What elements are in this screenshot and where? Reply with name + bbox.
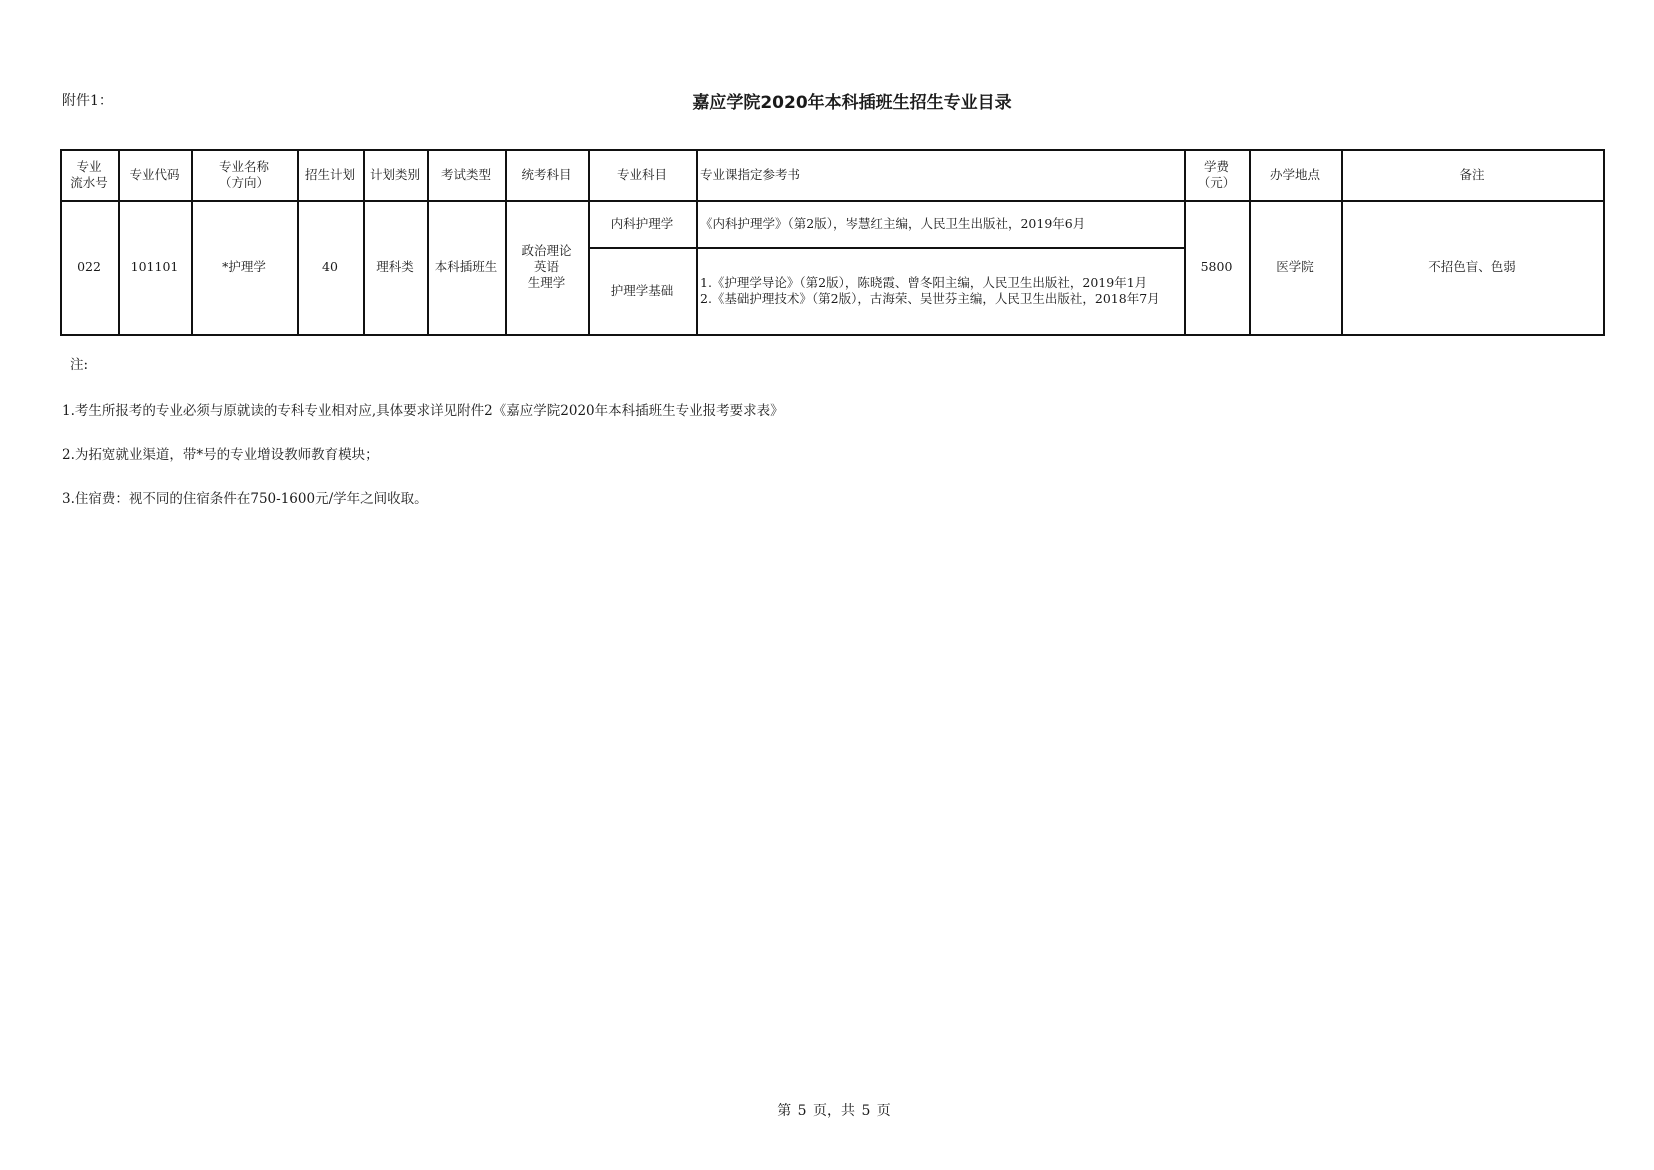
cell-plan: 40 (297, 200, 363, 334)
table-border (427, 149, 429, 336)
column-header-location: 办学地点 (1249, 149, 1341, 200)
table-border (191, 149, 193, 336)
table-border (505, 149, 507, 336)
cell-exam-type: 本科插班生 (427, 200, 505, 334)
table-border (60, 334, 1605, 336)
table-border (297, 149, 299, 336)
table-border (60, 149, 1605, 151)
column-header-serial: 专业 流水号 (60, 149, 118, 200)
cell-major-subject: 内科护理学 (588, 200, 696, 247)
table-border (696, 149, 698, 336)
column-header-code: 专业代码 (118, 149, 191, 200)
note-item-1: 1.考生所报考的专业必须与原就读的专科专业相对应,具体要求详见附件2《嘉应学院2… (62, 399, 784, 419)
column-header-reference-books: 专业课指定参考书 (696, 149, 1184, 200)
column-header-plan-category: 计划类别 (363, 149, 427, 200)
cell-reference-book: 《内科护理学》（第2版），岑慧红主编，人民卫生出版社，2019年6月 (696, 200, 1184, 247)
table-border (60, 200, 1605, 202)
table-border (588, 247, 1186, 249)
cell-code: 101101 (118, 200, 191, 334)
column-header-remarks: 备注 (1341, 149, 1603, 200)
cell-reference-book: 1.《护理学导论》（第2版），陈晓霞、曾冬阳主编，人民卫生出版社，2019年1月… (696, 247, 1184, 334)
cell-remarks: 不招色盲、色弱 (1341, 200, 1603, 334)
page-indicator: 第 5 页，共 5 页 (0, 1100, 1654, 1120)
column-header-tuition: 学费 （元） (1184, 149, 1249, 200)
table-border (363, 149, 365, 336)
document-title: 嘉应学院2020年本科插班生招生专业目录 (0, 88, 1654, 113)
column-header-major-subject: 专业科目 (588, 149, 696, 200)
table-border (118, 149, 120, 336)
cell-location: 医学院 (1249, 200, 1341, 334)
table-border (588, 149, 590, 336)
note-item-2: 2.为拓宽就业渠道，带*号的专业增设教师教育模块； (62, 443, 379, 463)
cell-major: *护理学 (191, 200, 297, 334)
note-item-3: 3.住宿费：视不同的住宿条件在750-1600元/学年之间收取。 (62, 487, 428, 507)
cell-major-subject: 护理学基础 (588, 247, 696, 334)
cell-unified-subjects: 政治理论 英语 生理学 (505, 200, 588, 334)
notes-heading: 注: (70, 353, 88, 373)
column-header-exam-type: 考试类型 (427, 149, 505, 200)
cell-serial: 022 (60, 200, 118, 334)
table-border (1603, 149, 1605, 336)
table-border (1341, 149, 1343, 336)
column-header-major: 专业名称 （方向） (191, 149, 297, 200)
table-border (60, 149, 62, 336)
column-header-unified-subjects: 统考科目 (505, 149, 588, 200)
column-header-plan: 招生计划 (297, 149, 363, 200)
cell-tuition: 5800 (1184, 200, 1249, 334)
cell-plan-category: 理科类 (363, 200, 427, 334)
table-border (1184, 149, 1186, 336)
table-border (1249, 149, 1251, 336)
